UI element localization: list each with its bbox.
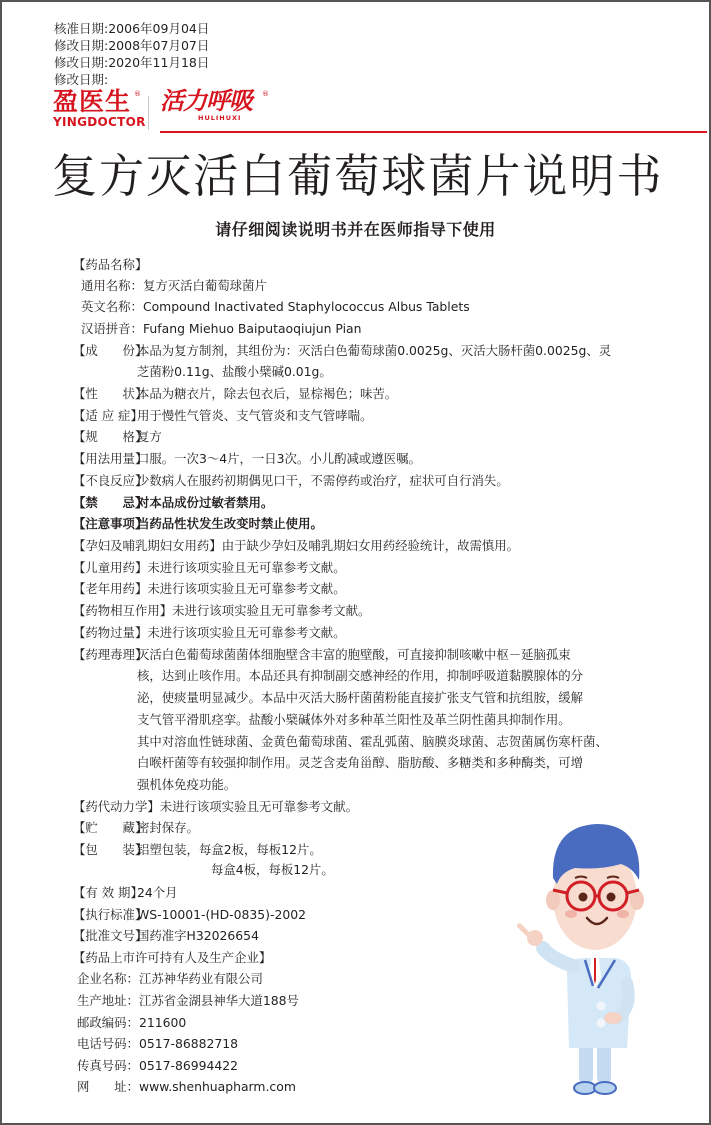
english-name: 英文名称：Compound Inactivated Staphylococcus…	[73, 299, 470, 315]
revision-date-3: 修改日期:	[54, 71, 209, 88]
ingredients-line-1: 本品为复方制剂，其组份为：灭活白色葡萄球菌0.0025g、灭活大肠杆菌0.002…	[137, 343, 611, 359]
precautions-value: 当药品性状发生改变时禁止使用。	[137, 516, 323, 532]
page-title: 复方灭活白葡萄球菌片说明书	[52, 146, 660, 206]
revision-date-2: 修改日期:2020年11月18日	[54, 54, 209, 71]
specification-value: 复方	[137, 429, 162, 445]
pharmacology-line: 泌，使痰量明显减少。本品中灭活大肠杆菌菌粉能直接扩张支气管和抗组胺，缓解	[137, 690, 583, 706]
package-line-1: 铝塑包装，每盒2板，每板12片。	[137, 842, 322, 858]
company-name: 企业名称：江苏神华药业有限公司	[77, 971, 263, 987]
drug-name-heading: 【药品名称】	[73, 257, 147, 273]
pharmacology-line: 其中对溶血性链球菌、金黄色葡萄球菌、霍乱弧菌、脑膜炎球菌、志贺菌属伤寒杆菌、	[137, 734, 608, 750]
interactions-row: 【药物相互作用】未进行该项实验且无可靠参考文献。	[73, 603, 370, 619]
contraindications-value: 对本品成份过敏者禁用。	[137, 495, 273, 511]
children-row: 【儿童用药】未进行该项实验且无可靠参考文献。	[73, 560, 346, 576]
indications-label: 【适 应 症】	[73, 408, 143, 424]
header-red-line	[160, 131, 707, 133]
yingdoctor-logo: 盈医生 YINGDOCTOR	[53, 89, 146, 129]
storage-value: 密封保存。	[137, 820, 199, 836]
pregnancy-row: 【孕妇及哺乳期妇女用药】由于缺少孕妇及哺乳期妇女用药经验统计，故需慎用。	[73, 538, 519, 554]
fax: 传真号码：0517-86994422	[77, 1058, 238, 1074]
package-line-2: 每盒4板，每板12片。	[211, 862, 334, 878]
standard-value: WS-10001-(HD-0835)-2002	[137, 907, 306, 923]
cartoon-doctor-illustration	[505, 808, 665, 1108]
pharmacology-line: 支气管平滑肌痉挛。盐酸小檗碱体外对多种革兰阳性及革兰阴性菌具抑制作用。	[137, 712, 571, 728]
logo-divider	[148, 96, 149, 130]
approval-value: 国药准字H32026654	[137, 928, 259, 944]
pharmacology-line: 强机体免疫功能。	[137, 777, 236, 793]
validity-label: 【有 效 期】	[73, 885, 143, 901]
revision-date-1: 修改日期:2008年07月07日	[54, 37, 209, 54]
holder-heading: 【药品上市许可持有人及生产企业】	[73, 950, 271, 966]
dosage-value: 口服。一次3～4片，一日3次。小儿酌减或遵医嘱。	[137, 451, 421, 467]
pharmacology-line: 核，达到止咳作用。本品还具有抑制副交感神经的作用，抑制呼吸道黏膜腺体的分	[137, 668, 583, 684]
company-address: 生产地址：江苏省金湖县神华大道188号	[77, 993, 299, 1009]
approval-date: 核准日期:2006年09月04日	[54, 20, 209, 37]
website: 网 址：www.shenhuapharm.com	[77, 1079, 296, 1095]
phone: 电话号码：0517-86882718	[77, 1036, 238, 1052]
huoli-huxi-logo: 活力呼吸 HULIHUXI	[160, 88, 252, 122]
adverse-value: 少数病人在服药初期偶见口干，不需停药或治疗，症状可自行消失。	[137, 473, 509, 489]
indications-value: 用于慢性气管炎、支气管炎和支气管哮喘。	[137, 408, 372, 424]
pharmacology-line: 灭活白色葡萄球菌菌体细胞壁含丰富的胞壁酸，可直接抑制咳嗽中枢－延脑孤束	[137, 647, 571, 663]
pharmacology-line: 白喉杆菌等有较强抑制作用。灵芝含麦角甾醇、脂肪酸、多糖类和多种酶类，可增	[137, 755, 583, 771]
generic-name: 通用名称：复方灭活白葡萄球菌片	[73, 278, 267, 294]
postcode: 邮政编码：211600	[77, 1015, 186, 1031]
pharmacokinetics-row: 【药代动力学】未进行该项实验且无可靠参考文献。	[73, 799, 358, 815]
ingredients-line-2: 芝菌粉0.11g、盐酸小檗碱0.01g。	[137, 364, 332, 380]
registered-mark: ®	[134, 90, 141, 98]
pinyin-name: 汉语拼音：Fufang Miehuo Baiputaoqiujun Pian	[73, 321, 361, 337]
registered-mark: ®	[262, 90, 269, 98]
page-subtitle: 请仔细阅读说明书并在医师指导下使用	[0, 217, 711, 240]
elderly-row: 【老年用药】未进行该项实验且无可靠参考文献。	[73, 581, 346, 597]
description-value: 本品为糖衣片，除去包衣后，显棕褐色；味苦。	[137, 386, 397, 402]
validity-value: 24个月	[137, 885, 178, 901]
revision-dates: 核准日期:2006年09月04日 修改日期:2008年07月07日 修改日期:2…	[54, 20, 209, 88]
overdose-row: 【药物过量】未进行该项实验且无可靠参考文献。	[73, 625, 346, 641]
